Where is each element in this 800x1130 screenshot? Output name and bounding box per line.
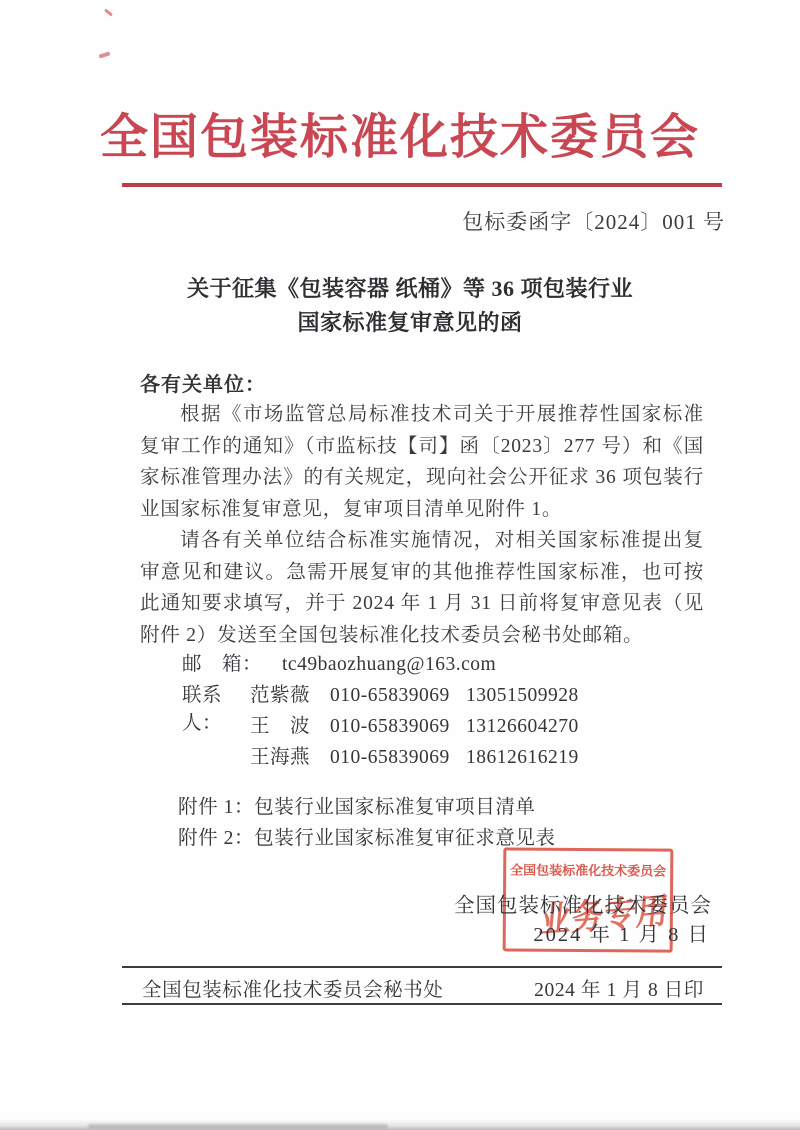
footer-print-date: 2024 年 1 月 8 日印 xyxy=(534,974,704,1002)
contact-name: 王 波 xyxy=(250,710,330,738)
attachment-label: 附件 1： xyxy=(178,797,254,818)
footer-rule-bottom xyxy=(122,1003,722,1005)
contact-row: 联系人： 范紫薇 010-65839069 13051509928 xyxy=(182,679,622,710)
letter-title-line2: 国家标准复审意见的函 xyxy=(90,306,730,340)
signature-date: 2024 年 1 月 8 日 xyxy=(533,917,710,947)
contact-phone: 010-65839069 xyxy=(330,747,466,769)
paragraph-request: 请各有关单位结合标准实施情况，对相关国家标准提出复审意见和建议。急需开展复审的其… xyxy=(140,525,704,653)
letter-title-line1: 关于征集《包装容器 纸桶》等 36 项包装行业 xyxy=(90,272,730,306)
signature-org: 全国包装标准化技术委员会 xyxy=(454,888,712,918)
scan-artifact xyxy=(104,9,113,17)
paragraph-basis: 根据《市场监管总局标准技术司关于开展推荐性国家标准复审工作的通知》（市监标技【司… xyxy=(140,399,704,527)
document-page: 全国包装标准化技术委员会 包标委函字〔2024〕001 号 关于征集《包装容器 … xyxy=(0,0,800,1130)
contact-phone: 010-65839069 xyxy=(330,685,466,707)
salutation: 各有关单位： xyxy=(140,368,266,397)
contact-phone: 010-65839069 xyxy=(330,716,466,738)
contact-mobile: 13126604270 xyxy=(466,716,622,738)
contact-row: 王海燕 010-65839069 18612616219 xyxy=(182,741,622,772)
email-label: 邮 箱： xyxy=(182,648,282,676)
footer-rule-top xyxy=(122,966,722,968)
email-address: tc49baozhuang@163.com xyxy=(282,654,496,675)
contact-name: 王海燕 xyxy=(250,741,330,769)
scan-edge xyxy=(0,1119,800,1130)
attachment-row: 附件 1：包装行业国家标准复审项目清单 xyxy=(178,792,556,823)
contacts-label: 联系人： xyxy=(182,679,250,735)
footer-row: 全国包装标准化技术委员会秘书处 2024 年 1 月 8 日印 xyxy=(122,974,722,1002)
doc-number: 包标委函字〔2024〕001 号 xyxy=(462,206,725,236)
attachment-text: 包装行业国家标准复审征求意见表 xyxy=(254,828,556,849)
contact-name: 范紫薇 xyxy=(250,679,330,707)
letterhead-rule xyxy=(122,183,722,187)
attachment-list: 附件 1：包装行业国家标准复审项目清单 附件 2：包装行业国家标准复审征求意见表 xyxy=(178,792,556,854)
attachment-label: 附件 2： xyxy=(178,828,254,849)
stamp-org-text: 全国包装标准化技术委员会 xyxy=(506,859,670,879)
contact-mobile: 13051509928 xyxy=(466,685,622,707)
footer-secretariat: 全国包装标准化技术委员会秘书处 xyxy=(142,974,444,1002)
contact-mobile: 18612616219 xyxy=(466,747,622,769)
attachment-text: 包装行业国家标准复审项目清单 xyxy=(254,797,535,818)
email-row: 邮 箱：tc49baozhuang@163.com xyxy=(182,648,496,676)
scan-artifact xyxy=(99,51,111,58)
letterhead-title: 全国包装标准化技术委员会 xyxy=(0,98,800,167)
contact-list: 联系人： 范紫薇 010-65839069 13051509928 王 波 01… xyxy=(182,679,622,772)
letter-title: 关于征集《包装容器 纸桶》等 36 项包装行业 国家标准复审意见的函 xyxy=(90,272,730,340)
attachment-row: 附件 2：包装行业国家标准复审征求意见表 xyxy=(178,823,556,854)
